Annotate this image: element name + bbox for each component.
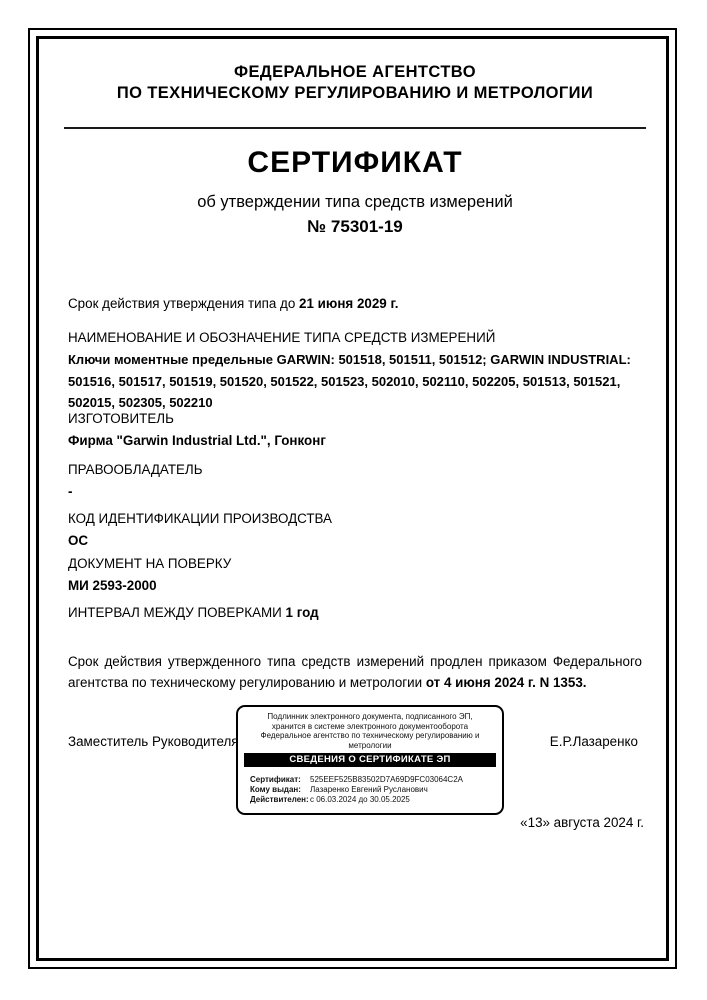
agency-header: ФЕДЕРАЛЬНОЕ АГЕНТСТВО ПО ТЕХНИЧЕСКОМУ РЕ… [66, 62, 644, 104]
validity-value: 21 июня 2029 г. [299, 296, 398, 311]
stamp-line4: метрологии [243, 741, 497, 751]
stamp-valid-row: Действителен:с 06.03.2024 до 30.05.2025 [250, 795, 497, 805]
stamp-details: Сертификат:525EEF525B83502D7A69D9FC03064… [243, 775, 497, 804]
stamp-line2: хранится в системе электронного документ… [243, 722, 497, 732]
type-section: НАИМЕНОВАНИЕ И ОБОЗНАЧЕНИЕ ТИПА СРЕДСТВ … [68, 329, 644, 414]
digital-signature-stamp: Подлинник электронного документа, подпис… [236, 705, 504, 815]
stamp-issued-to-row: Кому выдан:Лазаренко Евгений Русланович [250, 785, 497, 795]
stamp-issued-to-value: Лазаренко Евгений Русланович [310, 785, 428, 794]
prolongation-order-ref: от 4 июня 2024 г. N 1353. [426, 675, 587, 690]
stamp-valid-value: с 06.03.2024 до 30.05.2025 [310, 795, 410, 804]
certificate-subtitle: об утверждении типа средств измерений [66, 192, 644, 212]
rights-holder-heading: ПРАВООБЛАДАТЕЛЬ [68, 461, 644, 479]
prolongation-line2-text: агентства по техническому регулированию … [68, 675, 426, 690]
signature-date: «13» августа 2024 г. [520, 814, 644, 832]
interval-line: ИНТЕРВАЛ МЕЖДУ ПОВЕРКАМИ 1 год [68, 604, 644, 622]
prolongation-line2: агентства по техническому регулированию … [68, 672, 642, 693]
certificate-title: СЕРТИФИКАТ [66, 146, 644, 180]
interval-label: ИНТЕРВАЛ МЕЖДУ ПОВЕРКАМИ [68, 605, 286, 620]
validity-label: Срок действия утверждения типа до [68, 296, 299, 311]
stamp-line3: Федеральное агентство по техническому ре… [243, 731, 497, 741]
stamp-certificate-label: Сертификат: [250, 775, 310, 785]
manufacturer-value: Фирма "Garwin Industrial Ltd.", Гонконг [68, 432, 644, 450]
header-divider [64, 127, 646, 129]
verification-doc-section: ДОКУМЕНТ НА ПОВЕРКУ МИ 2593-2000 [68, 555, 644, 595]
type-section-heading: НАИМЕНОВАНИЕ И ОБОЗНАЧЕНИЕ ТИПА СРЕДСТВ … [68, 329, 644, 347]
stamp-valid-label: Действителен: [250, 795, 310, 805]
stamp-certificate-row: Сертификат:525EEF525B83502D7A69D9FC03064… [250, 775, 497, 785]
prolongation-line1: Срок действия утвержденного типа средств… [68, 651, 642, 672]
signer-name: Е.Р.Лазаренко [550, 733, 638, 751]
type-list-line1: Ключи моментные предельные GARWIN: 50151… [68, 349, 644, 371]
rights-holder-value: - [68, 483, 644, 501]
stamp-certificate-value: 525EEF525B83502D7A69D9FC03064C2A [310, 775, 463, 784]
type-list-line2: 501516, 501517, 501519, 501520, 501522, … [68, 371, 644, 393]
stamp-line1: Подлинник электронного документа, подпис… [243, 712, 497, 722]
interval-value: 1 год [286, 605, 319, 620]
production-code-heading: КОД ИДЕНТИФИКАЦИИ ПРОИЗВОДСТВА [68, 510, 644, 528]
validity-line: Срок действия утверждения типа до 21 июн… [68, 295, 644, 313]
certificate-number: № 75301-19 [66, 217, 644, 237]
agency-header-line2: ПО ТЕХНИЧЕСКОМУ РЕГУЛИРОВАНИЮ И МЕТРОЛОГ… [66, 83, 644, 104]
verification-doc-value: МИ 2593-2000 [68, 577, 644, 595]
rights-holder-section: ПРАВООБЛАДАТЕЛЬ - [68, 461, 644, 501]
certificate-page: ФЕДЕРАЛЬНОЕ АГЕНТСТВО ПО ТЕХНИЧЕСКОМУ РЕ… [0, 0, 707, 1000]
production-code-section: КОД ИДЕНТИФИКАЦИИ ПРОИЗВОДСТВА ОС [68, 510, 644, 550]
manufacturer-heading: ИЗГОТОВИТЕЛЬ [68, 410, 644, 428]
stamp-issued-to-label: Кому выдан: [250, 785, 310, 795]
stamp-header-bar: СВЕДЕНИЯ О СЕРТИФИКАТЕ ЭП [244, 753, 496, 767]
verification-doc-heading: ДОКУМЕНТ НА ПОВЕРКУ [68, 555, 644, 573]
production-code-value: ОС [68, 532, 644, 550]
signer-position: Заместитель Руководителя [68, 733, 239, 751]
manufacturer-section: ИЗГОТОВИТЕЛЬ Фирма "Garwin Industrial Lt… [68, 410, 644, 450]
certificate-content: ФЕДЕРАЛЬНОЕ АГЕНТСТВО ПО ТЕХНИЧЕСКОМУ РЕ… [66, 0, 644, 1000]
prolongation-paragraph: Срок действия утвержденного типа средств… [68, 651, 642, 693]
agency-header-line1: ФЕДЕРАЛЬНОЕ АГЕНТСТВО [66, 62, 644, 83]
